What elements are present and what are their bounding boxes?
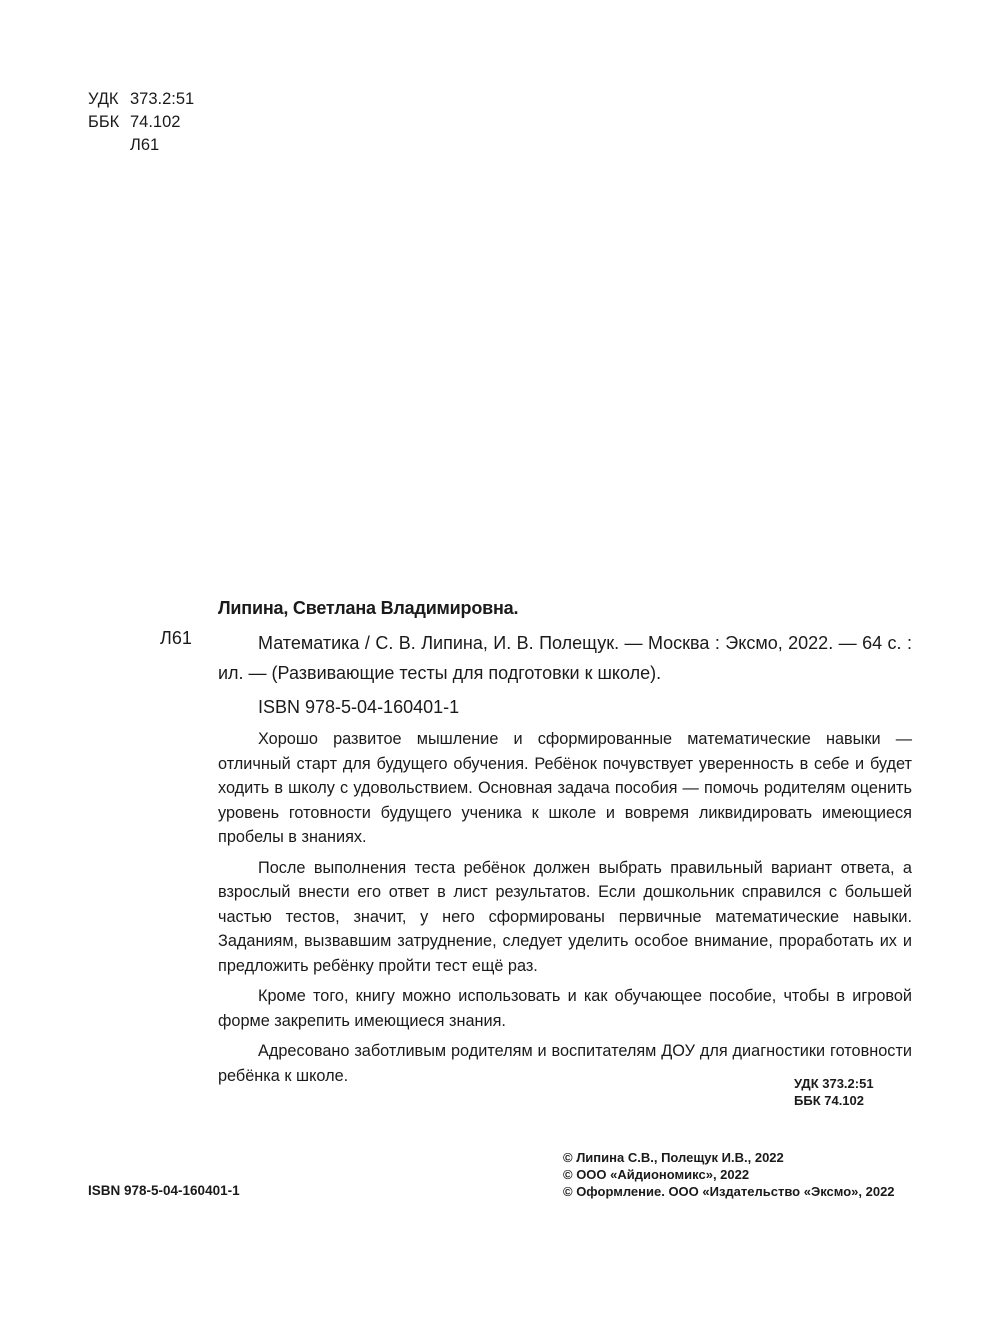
udk-label: УДК [88,88,130,111]
isbn: ISBN 978-5-04-160401-1 [258,697,459,718]
copyright-line: © Липина С.В., Полещук И.В., 2022 [563,1149,895,1166]
bbk-value: 74.102 [130,113,180,131]
footer-bbk: ББК 74.102 [794,1092,874,1109]
annotation: Хорошо развитое мышление и сформированны… [218,727,912,1094]
author-mark: Л61 [88,134,194,157]
annotation-paragraph: Хорошо развитое мышление и сформированны… [218,727,912,850]
description-text: Математика / С. В. Липина, И. В. Полещук… [218,628,912,688]
copyright-line: © Оформление. ООО «Издательство «Эксмо»,… [563,1183,895,1200]
bibliographic-description: Математика / С. В. Липина, И. В. Полещук… [218,628,912,688]
udk-row: УДК373.2:51 [88,88,194,111]
author-heading: Липина, Светлана Владимировна. [218,598,518,619]
card-code: Л61 [160,628,192,649]
bbk-label: ББК [88,111,130,134]
copyright-block: © Липина С.В., Полещук И.В., 2022 © ООО … [563,1149,895,1200]
copyright-line: © ООО «Айдиономикс», 2022 [563,1166,895,1183]
footer-codes: УДК 373.2:51 ББК 74.102 [794,1075,874,1109]
annotation-paragraph: Кроме того, книгу можно использовать и к… [218,984,912,1033]
isbn-bottom: ISBN 978-5-04-160401-1 [88,1183,240,1198]
annotation-paragraph: После выполнения теста ребёнок должен вы… [218,856,912,979]
udk-value: 373.2:51 [130,90,194,108]
classification-codes: УДК373.2:51 ББК74.102 Л61 [88,88,194,157]
footer-udk: УДК 373.2:51 [794,1075,874,1092]
bbk-row: ББК74.102 [88,111,194,134]
